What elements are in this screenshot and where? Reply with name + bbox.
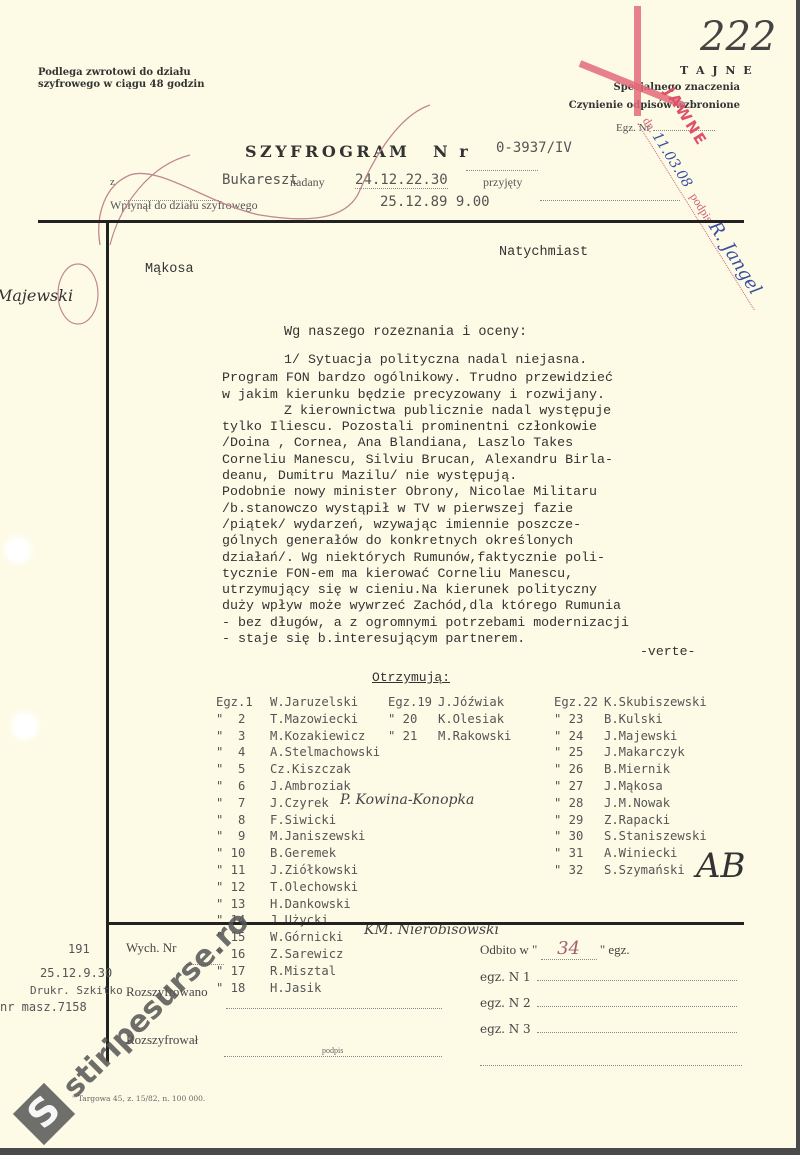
recipient-name: K.Olesiak xyxy=(438,712,504,726)
recipient-name: K.Skubiszewski xyxy=(604,695,707,709)
recipient-row: " 26B.Miernik xyxy=(554,761,707,778)
verte-label: -verte- xyxy=(640,644,695,660)
return-notice-line1: Podlega zwrotowi do działu xyxy=(38,67,204,79)
classification-label: T A J N E xyxy=(680,64,754,77)
recipient-name: M.Janiszewski xyxy=(270,829,365,843)
recipient-name: J.Ziółkowski xyxy=(270,863,358,877)
recipient-row: " 3M.Kozakiewicz xyxy=(216,728,380,745)
body-line: utrzymujący się w cieniu.Na kierunek pol… xyxy=(222,582,629,598)
handwritten-initials: AB xyxy=(696,846,746,886)
recipients-heading: Otrzymują: xyxy=(372,670,450,685)
recipient-name: A.Stelmachowski xyxy=(270,745,380,759)
nr-dots xyxy=(466,158,538,176)
body-line: Z kierownictwa publicznie nadal występuj… xyxy=(222,403,629,419)
machine-number: nr masz.7158 xyxy=(0,1000,87,1014)
stamp-signature: R. Jangel xyxy=(704,217,766,298)
body-line: /b.stanowczo wystąpił w TV w pierwszej f… xyxy=(222,501,629,517)
printed-in-field: Odbito w " 34 " egz. xyxy=(480,938,630,960)
copy-lines: egz. N 1egz. N 2egz. N 3 xyxy=(480,964,737,1042)
recipient-name: M.Rakowski xyxy=(438,729,511,743)
intro-line: Wg naszego rozeznania i oceny: xyxy=(284,325,527,341)
body-line: - staje się b.interesującym partnerem. xyxy=(222,631,629,647)
copy-number: " 21 xyxy=(388,728,438,745)
recipient-name: H.Jasik xyxy=(270,981,321,995)
copy-number: " 18 xyxy=(216,980,270,997)
recipient-name: J.Czyrek xyxy=(270,796,329,810)
body-line: działań/. Wg niektórych Rumunów,faktyczn… xyxy=(222,550,629,566)
body-line: - bez długów, a z ogromnymi potrzebami m… xyxy=(222,615,629,631)
copy-number: " 24 xyxy=(554,728,604,745)
copy-line: egz. N 2 xyxy=(480,990,737,1016)
recipient-row: " 10B.Geremek xyxy=(216,845,380,862)
copy-number: " 30 xyxy=(554,828,604,845)
copy-number: " 27 xyxy=(554,778,604,795)
recipient-row: " 32S.Szymański xyxy=(554,862,707,879)
message-body: 1/ Sytuacja polityczna nadal niejasna.Pr… xyxy=(222,352,629,647)
margin-datetime: 25.12.9.30 xyxy=(40,966,112,980)
copy-line: egz. N 3 xyxy=(480,1016,737,1042)
addressee: Mąkosa xyxy=(145,262,194,278)
recipient-row: " 21M.Rakowski xyxy=(388,728,511,745)
copy-number: " 20 xyxy=(388,711,438,728)
body-line: /piątek/ wydarzeń, wzywając imiennie pos… xyxy=(222,517,629,533)
recipient-row: Egz.22K.Skubiszewski xyxy=(554,694,707,711)
recipient-row: " 9M.Janiszewski xyxy=(216,828,380,845)
body-line: 1/ Sytuacja polityczna nadal niejasna. xyxy=(222,352,629,368)
recipients-column-2: Egz.19J.Jóźwiak" 20K.Olesiak" 21M.Rakows… xyxy=(388,694,511,744)
body-line: tylko Iliescu. Pozostali prominentni czł… xyxy=(222,419,629,435)
outgoing-label: Wych. Nr xyxy=(126,940,176,956)
body-line: Corneliu Manescu, Silviu Brucan, Alexand… xyxy=(222,452,629,468)
recipient-name: J.Majewski xyxy=(604,729,677,743)
pencil-circle xyxy=(50,258,110,328)
copy-number: " 17 xyxy=(216,963,270,980)
copy-line: egz. N 1 xyxy=(480,964,737,990)
recipient-name: J.Makarczyk xyxy=(604,745,685,759)
recipient-row: " 27J.Mąkosa xyxy=(554,778,707,795)
body-line: Podobnie nowy minister Obrony, Nicolae M… xyxy=(222,484,629,500)
printed-in-value: 34 xyxy=(541,938,597,960)
ref-number: 191 xyxy=(68,942,90,956)
copy-number: " 31 xyxy=(554,845,604,862)
watermark-logo-letter: S xyxy=(18,1087,68,1137)
recipient-row: " 16Z.Sarewicz xyxy=(216,946,380,963)
copy-number: " 26 xyxy=(554,761,604,778)
copy-number: " 9 xyxy=(216,828,270,845)
recipient-row: Egz.1W.Jaruzelski xyxy=(216,694,380,711)
copy-number: Egz.19 xyxy=(388,694,438,711)
recipient-name: A.Winiecki xyxy=(604,846,677,860)
copy-number: " 25 xyxy=(554,744,604,761)
recipient-name: J.Użycki xyxy=(270,913,329,927)
recipient-name: T.Mazowiecki xyxy=(270,712,358,726)
recipient-name: F.Siwicki xyxy=(270,813,336,827)
recipient-name: W.Górnicki xyxy=(270,930,343,944)
recipient-name: B.Miernik xyxy=(604,762,670,776)
printed-in-label: Odbito w " xyxy=(480,942,537,957)
recipient-name: Z.Sarewicz xyxy=(270,947,343,961)
typist-name: Drukr. Szkitko xyxy=(30,984,123,997)
printer-line: " Targowa 45, z. 15/82, n. 100 000. xyxy=(72,1094,205,1103)
copy-number: " 4 xyxy=(216,744,270,761)
recipient-name: H.Dankowski xyxy=(270,897,351,911)
copy-number: " 32 xyxy=(554,862,604,879)
copy-number: " 28 xyxy=(554,795,604,812)
recipient-row: " 24J.Majewski xyxy=(554,728,707,745)
handwritten-page-number: 222 xyxy=(700,14,776,60)
recipient-name: M.Kozakiewicz xyxy=(270,729,365,743)
recipients-column-1: Egz.1W.Jaruzelski" 2T.Mazowiecki" 3M.Koz… xyxy=(216,694,380,996)
recipient-row: " 8F.Siwicki xyxy=(216,812,380,829)
return-notice-line2: szyfrowego w ciągu 48 godzin xyxy=(38,79,204,91)
copy-number: " 13 xyxy=(216,896,270,913)
recipient-row: " 5Cz.Kiszczak xyxy=(216,761,380,778)
document-page: Podlega zwrotowi do działu szyfrowego w … xyxy=(0,0,796,1148)
recipient-row: " 31A.Winiecki xyxy=(554,845,707,862)
pencil-loop-mark xyxy=(90,95,450,255)
copy-number: " 5 xyxy=(216,761,270,778)
recipient-row: " 12T.Olechowski xyxy=(216,879,380,896)
recipient-row: " 30S.Staniszewski xyxy=(554,828,707,845)
received-label: przyjęty xyxy=(483,175,522,190)
copy-number: " 23 xyxy=(554,711,604,728)
header-rule xyxy=(38,220,744,223)
body-line: tycznie FON-em ma kierować Corneliu Mane… xyxy=(222,566,629,582)
recipient-name: R.Misztal xyxy=(270,964,336,978)
recipient-row: " 23B.Kulski xyxy=(554,711,707,728)
copy-number: " 6 xyxy=(216,778,270,795)
recipient-row: " 13H.Dankowski xyxy=(216,896,380,913)
body-line: /Doina , Cornea, Ana Blandiana, Laszlo T… xyxy=(222,435,629,451)
recipient-name: S.Staniszewski xyxy=(604,829,707,843)
body-line: deanu, Dumitru Mazilu/ nie występują. xyxy=(222,468,629,484)
recipient-row: " 17R.Misztal xyxy=(216,963,380,980)
signature-caption: podpis xyxy=(322,1046,343,1055)
recipient-name: Cz.Kiszczak xyxy=(270,762,351,776)
copy-number: Egz.1 xyxy=(216,694,270,711)
copy-number: " 7 xyxy=(216,795,270,812)
recipient-name: J.Ambroziak xyxy=(270,779,351,793)
copy-number: Egz.22 xyxy=(554,694,604,711)
footer-rule xyxy=(106,922,744,925)
recipient-row: " 28J.M.Nowak xyxy=(554,795,707,812)
copy-number: " 12 xyxy=(216,879,270,896)
recipient-name: B.Geremek xyxy=(270,846,336,860)
copy-number: " 10 xyxy=(216,845,270,862)
recipient-row: " 25J.Makarczyk xyxy=(554,744,707,761)
body-line: duży wpływ może wywrzeć Zachód,dla które… xyxy=(222,598,629,614)
copy-number: " 29 xyxy=(554,812,604,829)
copy-number: " 2 xyxy=(216,711,270,728)
recipient-name: J.Jóźwiak xyxy=(438,695,504,709)
priority-label: Natychmiast xyxy=(499,245,588,261)
copy-notice: Czynienie odpisów wzbronione xyxy=(569,100,740,112)
recipient-name: W.Jaruzelski xyxy=(270,695,358,709)
body-line: Program FON bardzo ogólnikowy. Trudno pr… xyxy=(222,370,629,386)
recipient-row: " 18H.Jasik xyxy=(216,980,380,997)
recipient-row: Egz.19J.Jóźwiak xyxy=(388,694,511,711)
copy-number: " 8 xyxy=(216,812,270,829)
recipient-row: " 4A.Stelmachowski xyxy=(216,744,380,761)
punch-hole xyxy=(8,540,28,560)
recipient-row: " 29Z.Rapacki xyxy=(554,812,707,829)
red-cross-mark xyxy=(634,6,641,116)
recipient-name: J.Mąkosa xyxy=(604,779,663,793)
punch-hole xyxy=(15,716,35,736)
return-notice: Podlega zwrotowi do działu szyfrowego w … xyxy=(38,67,204,91)
recipient-row: " 11J.Ziółkowski xyxy=(216,862,380,879)
recipient-name: T.Olechowski xyxy=(270,880,358,894)
copy-number: " 3 xyxy=(216,728,270,745)
recipient-name: Z.Rapacki xyxy=(604,813,670,827)
recipient-name: B.Kulski xyxy=(604,712,663,726)
body-line: w jakim kierunku będzie precyzowany i ro… xyxy=(222,387,629,403)
copy-number: " 11 xyxy=(216,862,270,879)
printed-in-suffix: " egz. xyxy=(600,942,630,957)
recipients-column-3: Egz.22K.Skubiszewski" 23B.Kulski" 24J.Ma… xyxy=(554,694,707,879)
handwritten-note-recipient-7: P. Kowina-Konopka xyxy=(340,792,474,808)
recipient-name: J.M.Nowak xyxy=(604,796,670,810)
recipient-row: " 2T.Mazowiecki xyxy=(216,711,380,728)
body-line: gólnych generałów do konkretnych określo… xyxy=(222,533,629,549)
cipher-number: 0-3937/IV xyxy=(496,140,572,156)
recipient-name: S.Szymański xyxy=(604,863,685,877)
margin-rule xyxy=(106,222,109,1062)
recipient-row: " 20K.Olesiak xyxy=(388,711,511,728)
